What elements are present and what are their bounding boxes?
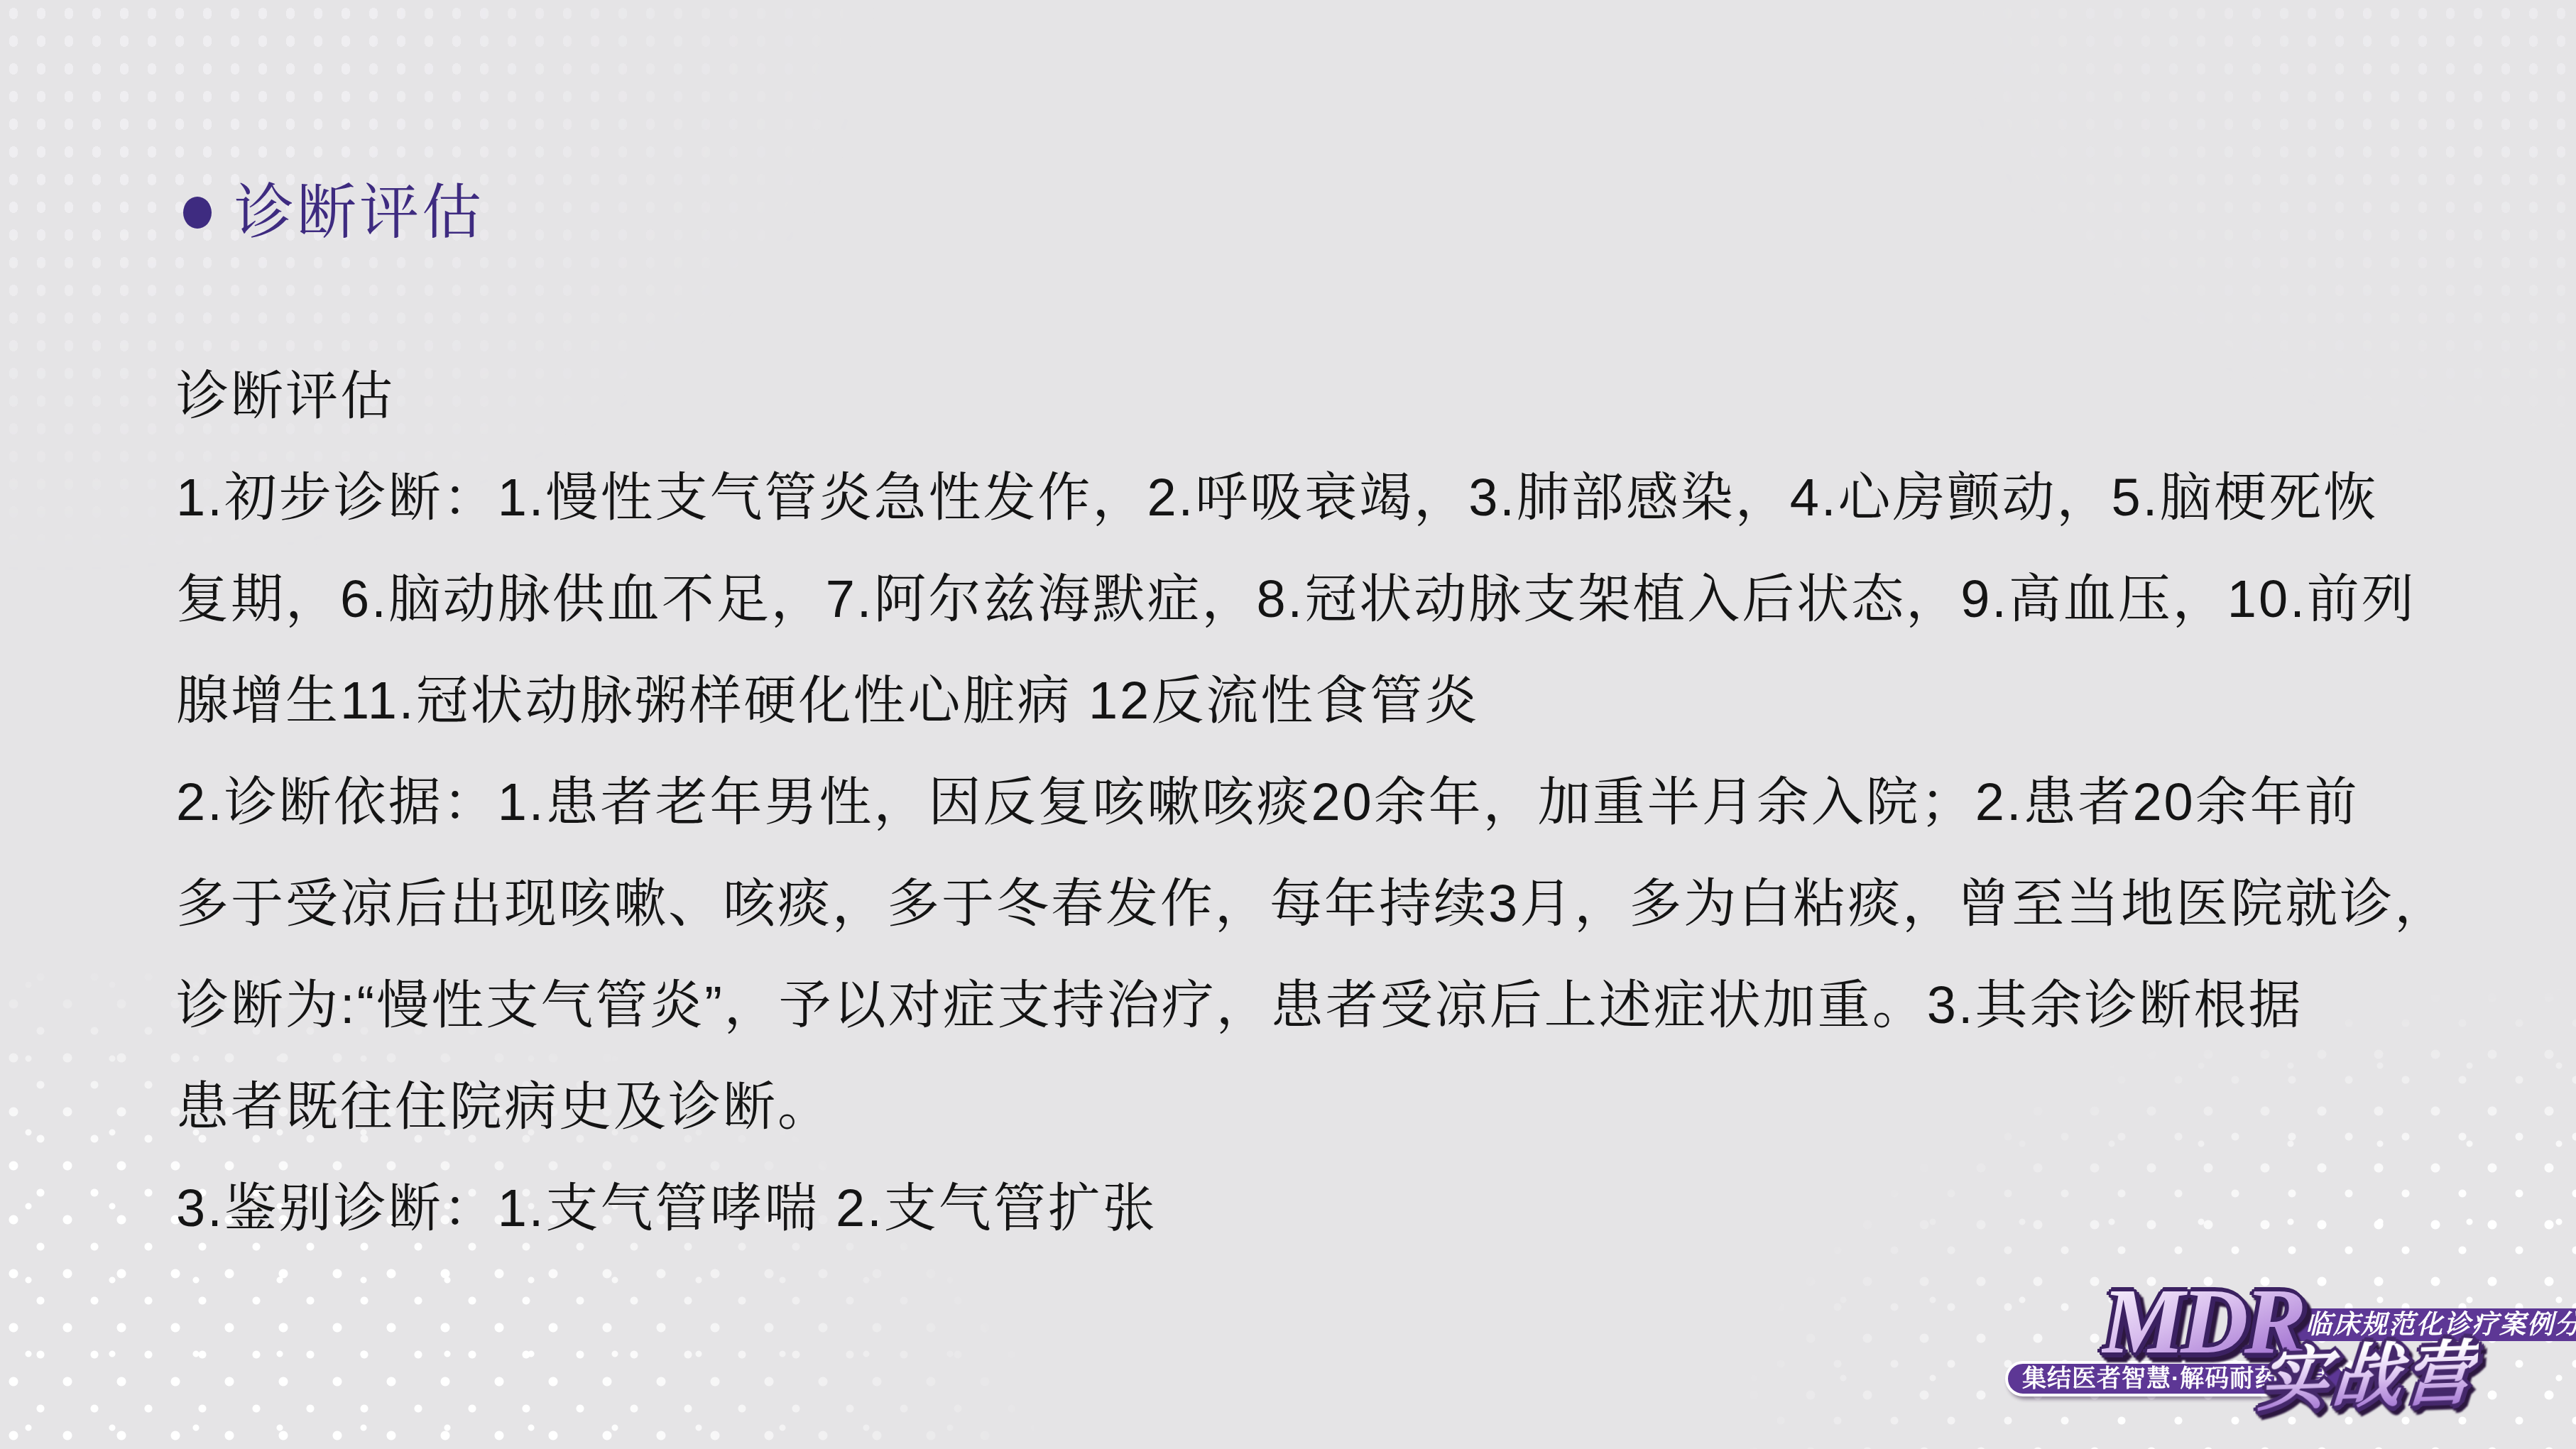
heading-label: 诊断评估 xyxy=(234,173,484,251)
heading-bullet-icon xyxy=(183,197,212,229)
logo-brand-camp: 实战营 xyxy=(2256,1336,2479,1418)
diagnosis-body-text: 诊断评估1.初步诊断：1.慢性支气管炎急性发作，2.呼吸衰竭，3.肺部感染，4.… xyxy=(176,345,2548,1259)
text-line: 患者既往住院病史及诊断。 xyxy=(176,1056,2548,1157)
text-line: 复期，6.脑动脉供血不足，7.阿尔兹海默症，8.冠状动脉支架植入后状态，9.高血… xyxy=(176,548,2548,650)
text-line: 诊断评估 xyxy=(176,345,2548,447)
slide-heading: 诊断评估 xyxy=(183,173,484,251)
text-line: 多于受凉后出现咳嗽、咳痰，多于冬春发作，每年持续3月，多为白粘痰，曾至当地医院就… xyxy=(176,853,2548,954)
text-line: 2.诊断依据：1.患者老年男性，因反复咳嗽咳痰20余年，加重半月余入院；2.患者… xyxy=(176,751,2548,853)
mdr-camp-logo: 临床规范化诊疗案例分享平台 MDR 实战营 集结医者智慧·解码耐药困局 xyxy=(1988,1274,2570,1445)
text-line: 1.初步诊断：1.慢性支气管炎急性发作，2.呼吸衰竭，3.肺部感染，4.心房颤动… xyxy=(176,447,2548,548)
text-line: 3.鉴别诊断：1.支气管哮喘 2.支气管扩张 xyxy=(176,1157,2548,1259)
text-line: 腺增生11.冠状动脉粥样硬化性心脏病 12反流性食管炎 xyxy=(176,650,2548,751)
presentation-slide: 诊断评估 诊断评估1.初步诊断：1.慢性支气管炎急性发作，2.呼吸衰竭，3.肺部… xyxy=(0,0,2576,1449)
text-line: 诊断为:“慢性支气管炎”，予以对症支持治疗，患者受凉后上述症状加重。3.其余诊断… xyxy=(176,954,2548,1056)
